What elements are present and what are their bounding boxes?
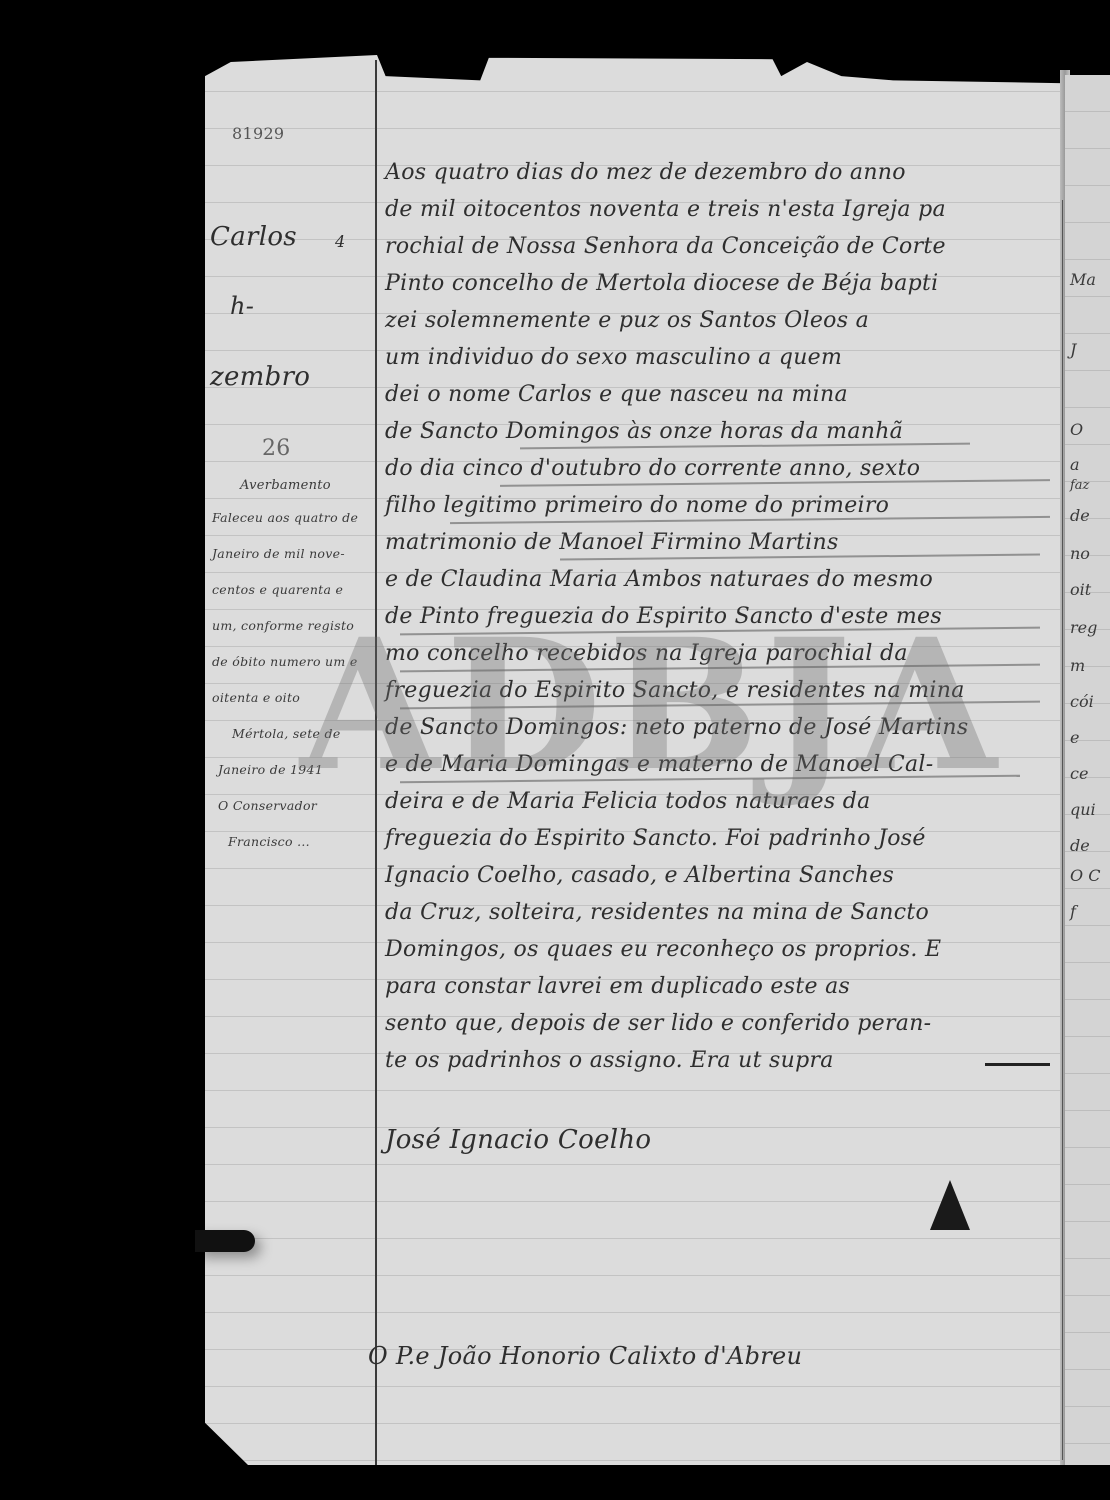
body-line: rochial de Nossa Senhora da Conceição de… [385, 234, 946, 259]
margin-rule-line [375, 60, 377, 1465]
body-line: de Sancto Domingos: neto paterno de José… [385, 715, 968, 740]
adjacent-fragment: a [1070, 455, 1080, 474]
annotation-line: um, conforme registo [212, 618, 354, 633]
annotation-line: O Conservador [218, 798, 317, 813]
body-line: te os padrinhos o assigno. Era ut supra [385, 1048, 834, 1073]
body-line: de mil oitocentos noventa e treis n'esta… [385, 197, 946, 222]
annotation-line: de óbito numero um e [212, 654, 358, 669]
margin-day: 4 [335, 232, 345, 251]
body-line: dei o nome Carlos e que nasceu na mina [385, 382, 848, 407]
body-line: zei solemnemente e puz os Santos Oleos a [385, 308, 869, 333]
annotation-line: centos e quarenta e [212, 582, 343, 597]
annotation-line: Janeiro de mil nove- [212, 546, 345, 561]
adjacent-fragment: oit [1070, 580, 1091, 599]
body-line: filho legitimo primeiro do nome do prime… [385, 493, 889, 518]
adjacent-fragment: qui [1070, 800, 1096, 819]
body-line: do dia cinco d'outubro do corrente anno,… [385, 456, 920, 481]
margin-name: Carlos [210, 222, 297, 252]
body-line: e de Maria Domingas e materno de Manoel … [385, 752, 933, 777]
ink-blot [930, 1180, 970, 1230]
annotation-line: Mértola, sete de [232, 726, 341, 741]
body-line: de Pinto freguezia do Espirito Sancto d'… [385, 604, 942, 629]
annotation-line: Janeiro de 1941 [218, 762, 323, 777]
entry-number: 26 [262, 436, 291, 461]
adjacent-fragment: faz [1070, 478, 1089, 493]
adjacent-fragment: reg [1070, 618, 1097, 637]
adjacent-fragment: de [1070, 836, 1090, 855]
annotation-line: Faleceu aos quatro de [212, 510, 358, 525]
end-flourish-line [985, 1063, 1050, 1066]
adjacent-fragment: O [1070, 420, 1083, 439]
body-line: deira e de Maria Felicia todos naturaes … [385, 789, 871, 814]
body-line: freguezia do Espirito Sancto, e resident… [385, 678, 965, 703]
adjacent-fragment: f [1070, 902, 1076, 921]
body-line: da Cruz, solteira, residentes na mina de… [385, 900, 929, 925]
annotation-signature: Francisco ... [228, 834, 310, 849]
adjacent-fragment: no [1070, 544, 1090, 563]
body-line: sento que, depois de ser lido e conferid… [385, 1011, 931, 1036]
godfather-signature: José Ignacio Coelho [385, 1125, 651, 1155]
body-line: matrimonio de Manoel Firmino Martins [385, 530, 839, 555]
body-line: de Sancto Domingos às onze horas da manh… [385, 419, 903, 444]
margin-abbrev: h- [230, 292, 254, 320]
body-line: um individuo do sexo masculino a quem [385, 345, 842, 370]
adjacent-fragment: de [1070, 506, 1090, 525]
body-line: freguezia do Espirito Sancto. Foi padrin… [385, 826, 926, 851]
annotation-title: Averbamento [240, 478, 331, 493]
adjacent-fragment: m [1070, 656, 1085, 675]
priest-signature: O P.e João Honorio Calixto d'Abreu [368, 1342, 802, 1370]
margin-month: zembro [210, 362, 310, 392]
archive-number: 81929 [232, 124, 284, 143]
adjacent-fragment: ce [1070, 764, 1088, 783]
body-line: Domingos, os quaes eu reconheço os propr… [385, 937, 941, 962]
adjacent-fragment: J [1070, 340, 1076, 359]
adjacent-fragment: Ma [1070, 270, 1096, 289]
body-line: Pinto concelho de Mertola diocese de Béj… [385, 271, 938, 296]
page-clip-artifact [195, 1230, 255, 1252]
body-line: para constar lavrei em duplicado este as [385, 974, 850, 999]
adjacent-fragment: e [1070, 728, 1079, 747]
body-line: Ignacio Coelho, casado, e Albertina Sanc… [385, 863, 894, 888]
annotation-line: oitenta e oito [212, 690, 300, 705]
adjacent-fragment: cói [1070, 692, 1094, 711]
right-rule-line [1062, 200, 1063, 1460]
body-line: e de Claudina Maria Ambos naturaes do me… [385, 567, 933, 592]
adjacent-fragment: O C [1070, 866, 1100, 885]
body-line: mo concelho recebidos na Igreja parochia… [385, 641, 908, 666]
body-line: Aos quatro dias do mez de dezembro do an… [385, 160, 906, 185]
